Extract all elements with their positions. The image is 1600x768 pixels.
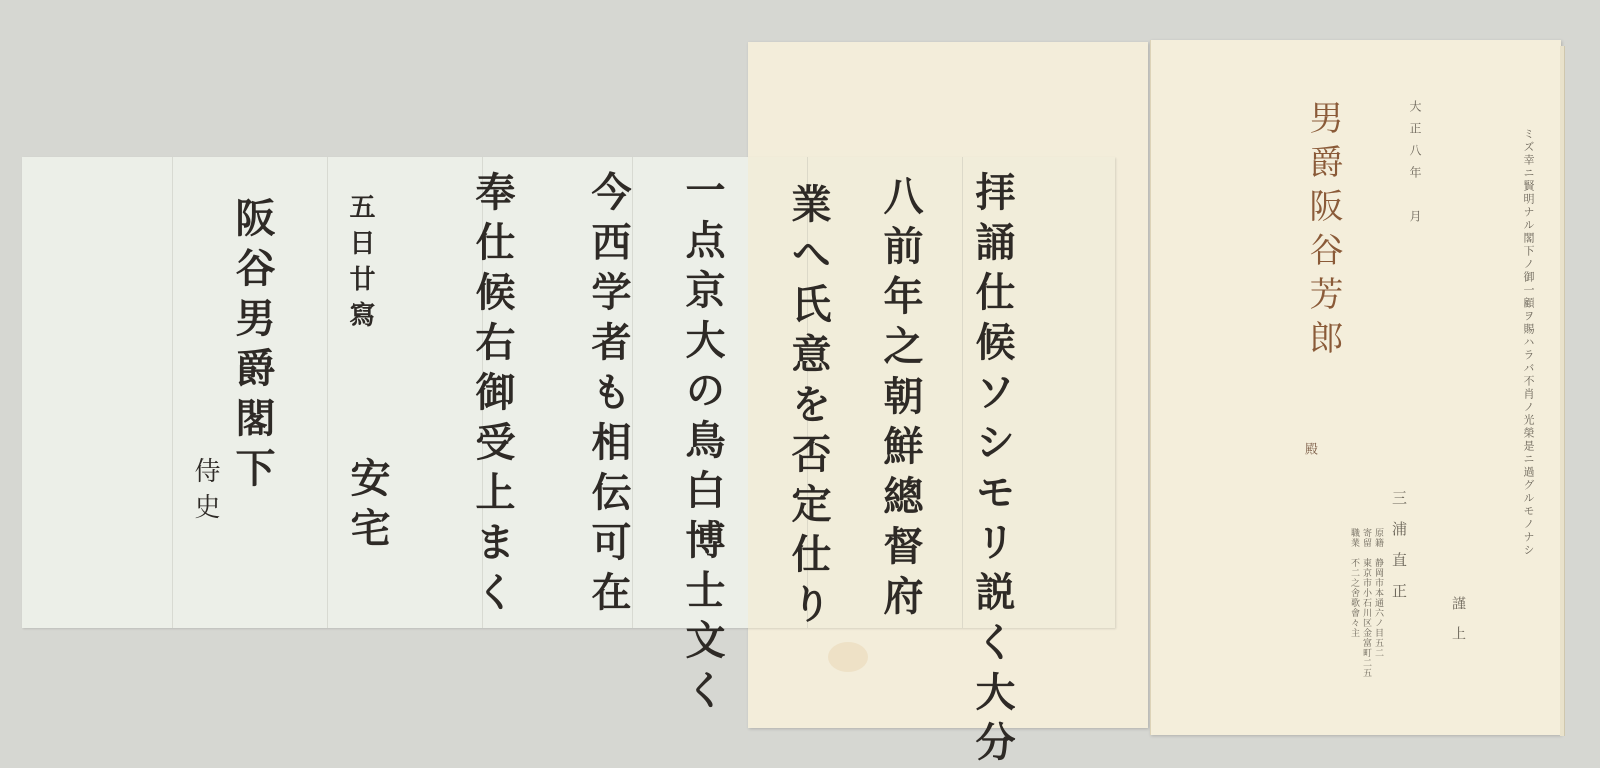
fold-line	[327, 157, 328, 628]
fold-line	[172, 157, 173, 628]
letter-signature: 安宅	[347, 457, 387, 557]
printed-body-line: ミズ幸ニ賢明ナル閣下ノ御一顧ヲ賜ハラバ不肖ノ光榮是ニ過グルモノナシ	[1523, 128, 1534, 598]
letter-date: 五日廿寫	[347, 193, 373, 337]
printed-date: 大正八年 月	[1409, 100, 1421, 232]
letter-column: 八前年之朝鮮總督府	[880, 175, 920, 625]
printed-page-right: ミズ幸ニ賢明ナル閣下ノ御一顧ヲ賜ハラバ不肖ノ光榮是ニ過グルモノナシ 大正八年 月…	[1150, 40, 1561, 735]
sender-name: 三浦直正	[1391, 490, 1406, 614]
fold-line	[962, 157, 963, 628]
paper-stain	[828, 642, 868, 672]
sender-info-line: 原籍 静岡市本通六ノ目五二	[1373, 528, 1382, 658]
letter-salutation: 侍史	[192, 457, 218, 529]
letter-column: 拝誦仕候ソシモリ説く大分	[972, 171, 1012, 768]
letter-addressee: 阪谷男爵閣下	[232, 197, 272, 497]
letter-column: 業へ氏意を否定仕り	[788, 183, 828, 633]
sender-info-line: 職業 不二之舍歌會々主	[1349, 528, 1358, 638]
sender-info-line: 寄留 東京市小石川区金富町二五	[1361, 528, 1370, 678]
handwritten-letter: 拝誦仕候ソシモリ説く大分 八前年之朝鮮總督府 業へ氏意を否定仕り 一点京大の鳥白…	[22, 157, 1115, 628]
addressee-name: 男爵阪谷芳郎	[1306, 100, 1340, 364]
letter-column: 今西学者も相伝可在	[588, 171, 628, 621]
closing: 謹上	[1451, 596, 1465, 656]
fold-line	[632, 157, 633, 628]
addressee-honorific: 殿	[1303, 442, 1316, 461]
letter-column: 奉仕候右御受上まく	[472, 171, 512, 621]
letter-column: 一点京大の鳥白博士文く	[682, 169, 722, 719]
